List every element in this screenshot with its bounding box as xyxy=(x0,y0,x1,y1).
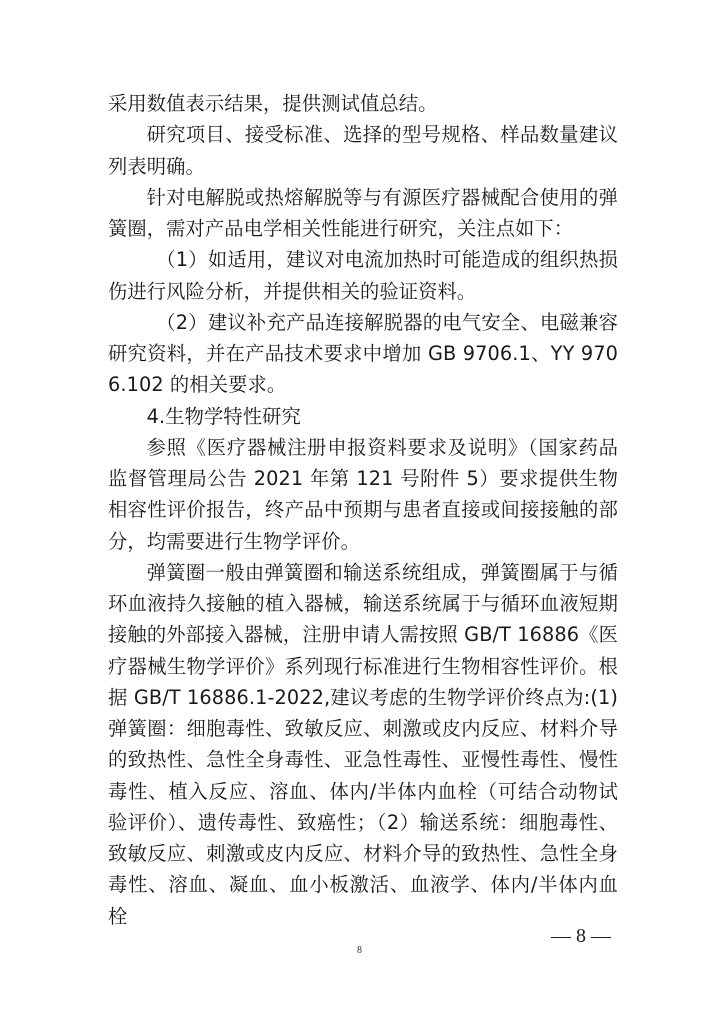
paragraph-item-2-electrical-safety: （2）建议补充产品连接解脱器的电气安全、电磁兼容研究资料，并在产品技术要求中增加… xyxy=(108,307,618,401)
page-number-small: 8 xyxy=(357,945,362,956)
paragraph-item-1-thermal-injury: （1）如适用，建议对电流加热时可能造成的组织热损伤进行风险分析，并提供相关的验证… xyxy=(108,244,618,307)
document-page: 采用数值表示结果，提供测试值总结。 研究项目、接受标准、选择的型号规格、样品数量… xyxy=(0,0,720,1018)
paragraph-research-items: 研究项目、接受标准、选择的型号规格、样品数量建议列表明确。 xyxy=(108,119,618,182)
paragraph-biological-endpoints: 弹簧圈一般由弹簧圈和输送系统组成，弹簧圈属于与循环血液持久接触的植入器械，输送系… xyxy=(108,557,618,932)
paragraph-biocompatibility-report: 参照《医疗器械注册申报资料要求及说明》（国家药品监督管理局公告 2021 年第 … xyxy=(108,432,618,557)
paragraph-test-summary: 采用数值表示结果，提供测试值总结。 xyxy=(108,88,618,119)
section-heading-biological: 4.生物学特性研究 xyxy=(108,401,618,432)
page-number: — 8 — xyxy=(551,925,611,948)
paragraph-electrical-performance: 针对电解脱或热熔解脱等与有源医疗器械配合使用的弹簧圈，需对产品电学相关性能进行研… xyxy=(108,182,618,245)
document-body: 采用数值表示结果，提供测试值总结。 研究项目、接受标准、选择的型号规格、样品数量… xyxy=(108,88,618,932)
